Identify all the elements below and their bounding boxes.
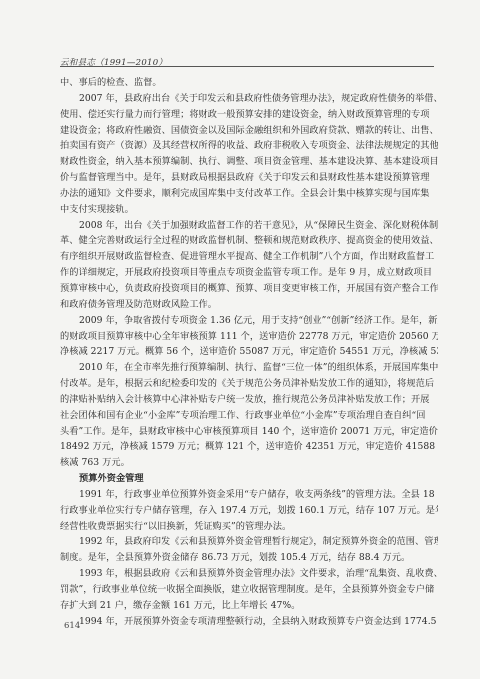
text-line: 付改革。是年，根据云和纪检委印发的《关于规范公务员津补贴发放工作的通知》，将规范… xyxy=(60,376,438,392)
text-line: 制度。是年，全县预算外资金储存 86.73 万元，划拨 105.4 万元，结存 … xyxy=(60,550,438,566)
text-line: 价与监督管理当中。是年，县财政局根据县政府《关于印发云和县财政性基本建设预算管理 xyxy=(60,170,438,186)
text-line: 经营性收费票据实行“以旧换新，凭证购买”的管理办法。 xyxy=(60,519,438,535)
page-number: 614 xyxy=(64,621,80,631)
text-line: 核减 763 万元。 xyxy=(60,455,438,471)
text-line: 财政性资金，纳入基本预算编制、执行、调整、项目资金管理、基本建设决算、基本建设项… xyxy=(60,154,438,170)
text-line: 2008 年，出台《关于加强财政监督工作的若干意见》，从“保障民生资金、深化财税… xyxy=(60,218,438,234)
text-line: 2010 年，在全市率先推行预算编制、执行、监督“三位一体”的组织体系，开展国库… xyxy=(60,360,438,376)
text-line: 中支付实现接轨。 xyxy=(60,202,438,218)
text-line: 1994 年，开展预算外资金专项清理整顿行动，全县纳入财政预算专户资金达到 17… xyxy=(60,614,438,630)
text-line: 中、事后的检查、监督。 xyxy=(60,75,438,91)
text-line: 和政府债务管理及防范财政风险工作。 xyxy=(60,297,438,313)
text-line: 1993 年，根据县政府《云和县预算外资金管理办法》文件要求，治理“乱集资、乱收… xyxy=(60,566,438,582)
text-line: 使用、偿还实行量力而行管理；将财政一般预算安排的建设资金，纳入财政预算管理的专项 xyxy=(60,107,438,123)
text-line: 罚款”，行政事业单位统一收据全面换版，建立收据管理制度。是年，全县预算外资金专户… xyxy=(60,582,438,598)
header-rule xyxy=(60,66,434,67)
text-line: 1991 年，行政事业单位预算外资金采用“专户储存，收支两条线”的管理方法。全县… xyxy=(60,487,438,503)
text-line: 革、健全完善财政运行全过程的财政监督机制、整顿和规范财政秩序、提高资金的使用效益… xyxy=(60,233,438,249)
section-heading: 预算外资金管理 xyxy=(60,471,438,487)
text-line: 作的详细规定，开展政府投资项目等重点专项资金监管专项工作。是年 9 月，成立财政… xyxy=(60,265,438,281)
text-line: 预算审核中心，负责政府投资项目的概算、预算、项目变更审核工作，开展国有资产整合工… xyxy=(60,281,438,297)
text-line: 拍卖国有资产（资源）及其经营权所得的收益、政府非税收入专项资金、法律法规规定的其… xyxy=(60,138,438,154)
text-line: 净核减 2217 万元。概算 56 个，送审造价 55087 万元，审定造价 5… xyxy=(60,344,438,360)
text-line: 有序组织开展财政监督检查、促进管理水平提高、健全工作机制”八个方面，作出财政监督… xyxy=(60,249,438,265)
text-line: 18492 万元，净核减 1579 万元；概算 121 个，送审造价 42351… xyxy=(60,439,438,455)
text-line: 1992 年，县政府印发《云和县预算外资金管理暂行规定》，制定预算外资金的范围、… xyxy=(60,534,438,550)
text-line: 的津贴补贴纳入会计核算中心津补贴专户统一发放，推行规范公务员津补贴发放工作；开展 xyxy=(60,392,438,408)
text-line: 2007 年，县政府出台《关于印发云和县政府性债务管理办法》，规定政府性债务的举… xyxy=(60,91,438,107)
text-line: 头看”工作。是年，县财政审核中心审核预算项目 140 个，送审造价 20071 … xyxy=(60,424,438,440)
text-line: 2009 年，争取省拨付专项资金 1.36 亿元，用于支持“创业”“创新”经济工… xyxy=(60,313,438,329)
page-body: 中、事后的检查、监督。2007 年，县政府出台《关于印发云和县政府性债务管理办法… xyxy=(60,75,438,630)
text-line: 行政事业单位实行专户储存管理，存入 197.4 万元，划拨 160.1 万元，结… xyxy=(60,503,438,519)
text-line: 建设资金；将政府性融资、国债资金以及国际金融组织和外国政府贷款、赠款的转让、出售… xyxy=(60,123,438,139)
text-line: 社会团体和国有企业“小金库”专项治理工作、行政事业单位“小金库”专项治理自查自纠… xyxy=(60,408,438,424)
text-line: 办法的通知》文件要求，顺利完成国库集中支付改革工作。全县会计集中核算实现与国库集 xyxy=(60,186,438,202)
text-line: 存扩大到 21 户，缴存金额 161 万元，比上年增长 47%。 xyxy=(60,598,438,614)
text-line: 的财政项目预算审核中心全年审核预算 111 个，送审造价 22778 万元，审定… xyxy=(60,329,438,345)
